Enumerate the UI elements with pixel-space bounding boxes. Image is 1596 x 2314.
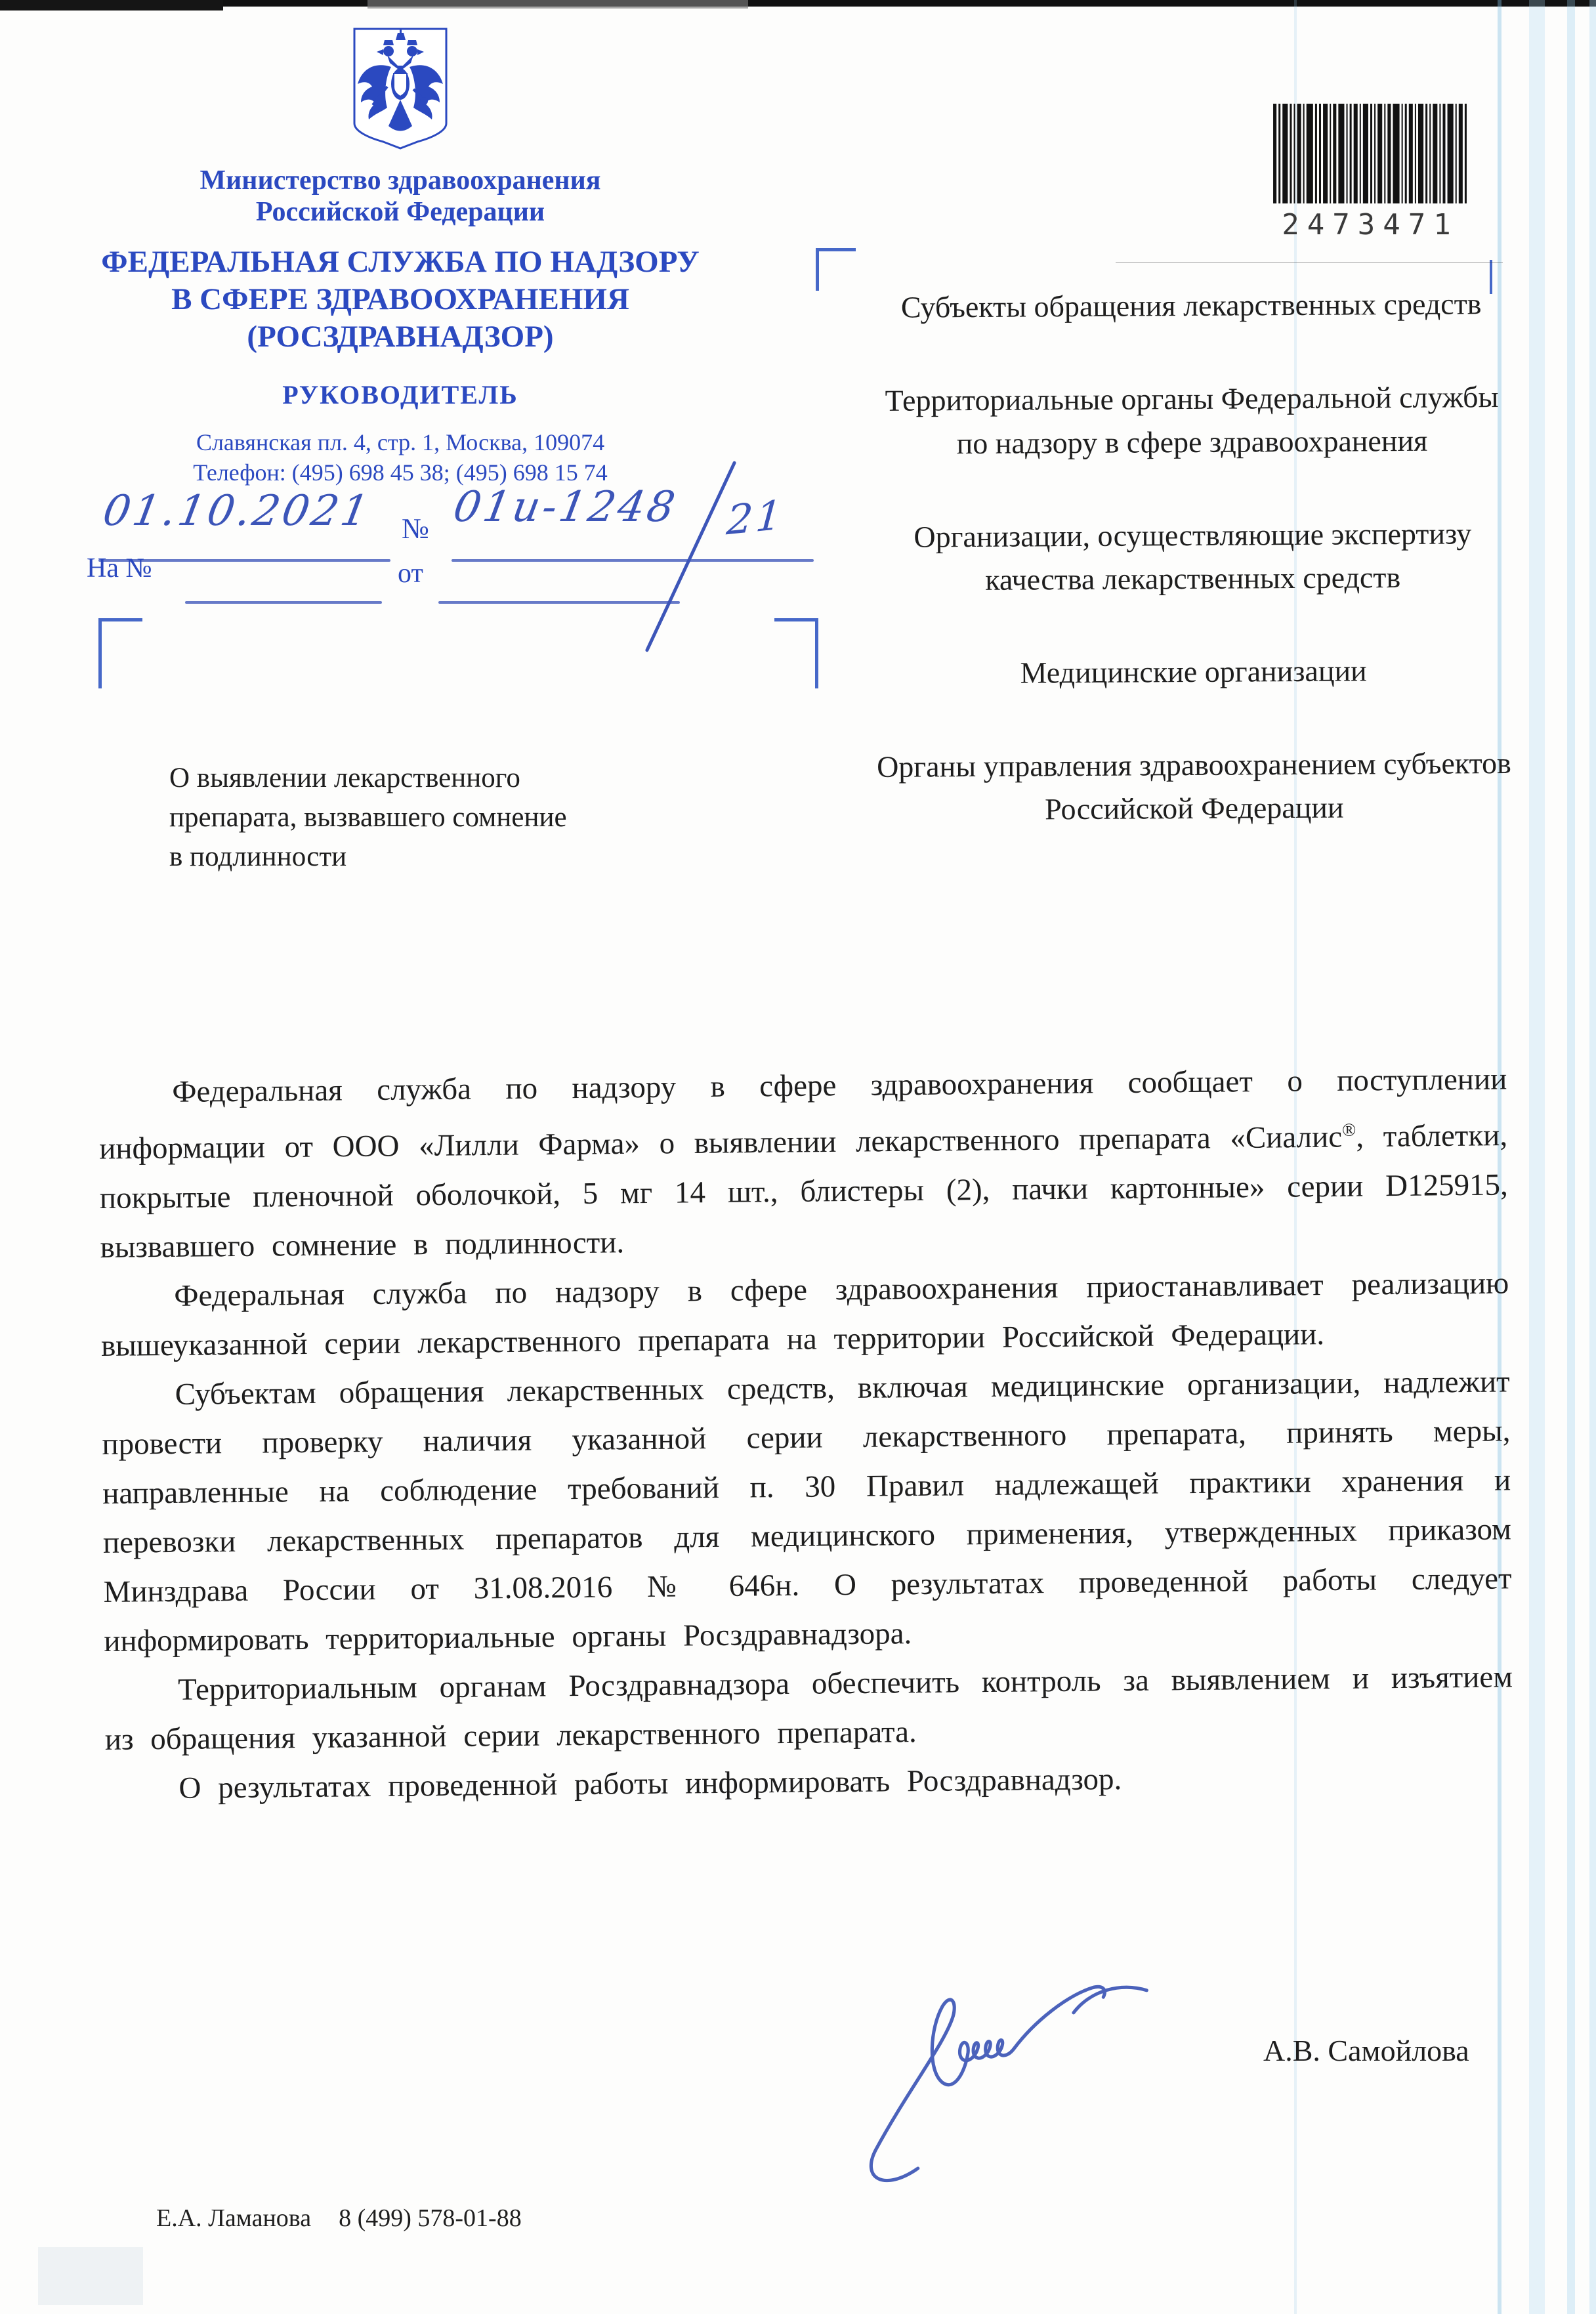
ministry-name-line2: Российской Федерации (72, 196, 728, 228)
executor-phone: 8 (499) 578-01-88 (339, 2204, 522, 2232)
service-name: ФЕДЕРАЛЬНАЯ СЛУЖБА ПО НАДЗОРУ В СФЕРЕ ЗД… (72, 243, 728, 356)
outgoing-date-handwritten: 01.10.2021 (99, 487, 374, 536)
barcode (1270, 104, 1471, 203)
registered-trademark-sign: ® (1342, 1120, 1356, 1141)
recipient-zone-corner-left (816, 248, 856, 291)
scan-top-bar-blob (0, 0, 223, 11)
scan-streak (1589, 0, 1596, 2314)
barcode-number: 2473471 (1270, 208, 1471, 242)
scanned-letter-page: Министерство здравоохранения Российской … (0, 0, 1596, 2314)
outgoing-number-suffix-handwritten: 21 (725, 491, 786, 545)
scan-top-bar (0, 0, 1596, 7)
reply-number-underline (185, 601, 382, 604)
subject-line: О выявлении лекарственного (169, 759, 567, 798)
reply-date-underline (438, 601, 680, 604)
service-name-line1: ФЕДЕРАЛЬНАЯ СЛУЖБА ПО НАДЗОРУ (72, 243, 728, 281)
subject: О выявлении лекарственного препарата, вы… (169, 759, 567, 877)
outgoing-number-handwritten: 01и-1248 (450, 483, 681, 532)
paragraph-1-text: Федеральная служба по надзору в сфере зд… (99, 1062, 1507, 1166)
ministry-name: Министерство здравоохранения Российской … (72, 165, 728, 228)
recipients-list: Субъекты обращения лекарственных средств… (866, 282, 1520, 882)
recipient-item: Медицинские организации (868, 648, 1518, 696)
scan-streak (1567, 0, 1575, 2314)
scan-streak (1529, 0, 1545, 2314)
coat-of-arms (348, 26, 453, 152)
paragraph-4: Территориальным органам Росздравнадзора … (104, 1652, 1513, 1765)
reply-number-label: На № (87, 553, 152, 584)
scan-corner-shadow (38, 2247, 143, 2305)
barcode-block: 2473471 (1270, 104, 1471, 242)
scan-top-bar-gray (367, 0, 748, 9)
number-sign: № (402, 512, 429, 545)
subject-line: в подлинности (169, 837, 567, 877)
phone-line: Телефон: (495) 698 45 38; (495) 698 15 7… (72, 459, 728, 486)
service-name-line3: (РОСЗДРАВНАДЗОР) (72, 318, 728, 356)
ministry-name-line1: Министерство здравоохранения (72, 165, 728, 196)
letterhead: Министерство здравоохранения Российской … (72, 26, 728, 486)
recipient-item: Субъекты обращения лекарственных средств (866, 282, 1516, 329)
position-title: РУКОВОДИТЕЛЬ (72, 379, 728, 410)
recipient-item: Территориальные органы Федеральной служб… (867, 375, 1517, 466)
reply-from-label: от (398, 558, 423, 589)
paragraph-1: Федеральная служба по надзору в сфере зд… (98, 1055, 1509, 1272)
letter-body: Федеральная служба по надзору в сфере зд… (98, 1055, 1514, 1813)
sender-zone-corner-right (774, 618, 818, 688)
executor-name: Е.А. Ламанова (156, 2204, 311, 2232)
executor-line: Е.А. Ламанова8 (499) 578-01-88 (156, 2204, 522, 2233)
address-line: Славянская пл. 4, стр. 1, Москва, 109074 (72, 429, 728, 456)
paragraph-2: Федеральная служба по надзору в сфере зд… (100, 1259, 1509, 1371)
recipient-item: Органы управления здравоохранением субъе… (869, 742, 1519, 832)
service-name-line2: В СФЕРЕ ЗДРАВООХРАНЕНИЯ (72, 281, 728, 318)
subject-line: препарата, вызвавшего сомнение (169, 798, 567, 837)
sender-zone-corner-left (98, 618, 142, 688)
paragraph-3: Субъектам обращения лекарственных средст… (101, 1357, 1512, 1666)
signer-name: А.В. Самойлова (1263, 2033, 1469, 2068)
recipient-item: Организации, осуществляющие экспертизу к… (868, 512, 1518, 602)
number-underline (451, 559, 814, 562)
scan-faint-line (1116, 262, 1503, 263)
signature-scribble (843, 1972, 1263, 2189)
